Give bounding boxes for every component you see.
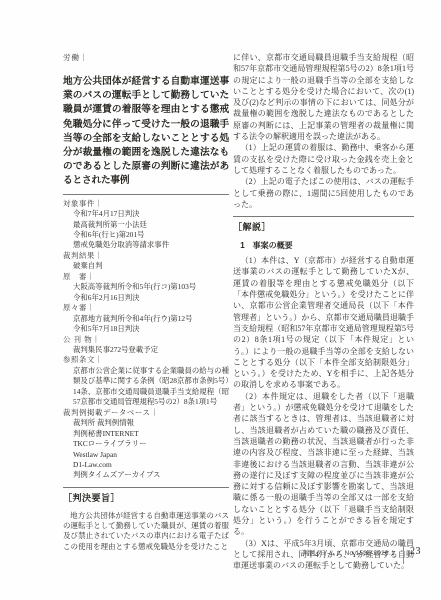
meta-value: 令和6年(行ヒ)第201号 [73, 230, 229, 240]
meta-value: 令和7年4月17日判決 [73, 209, 229, 219]
meta-group-prior-instance: 原 審｜ 大阪高等裁判所令和5年(行コ)第103号 令和6年2月16日判決 [63, 272, 229, 303]
summary-point-2: （2）上記の電子たばこの使用は、バスの運転手として乗務の際に、1週間に5回使用し… [233, 176, 414, 210]
case-metadata-list: 対象事件｜ 令和7年4月17日判決 最高裁判所第一小法廷 令和6年(行ヒ)第20… [63, 199, 229, 481]
meta-label: 裁判例掲載データベース｜ [63, 408, 229, 418]
journal-page: 労働｜ 地方公共団体が経営する自動車運送事業のバスの運転手として勤務していた職員… [0, 0, 441, 600]
commentary-paragraph: （1）本件は、Y（京都市）が経営する自動車運送事業のバスの運転手として勤務してい… [233, 255, 414, 391]
meta-value: 判例タイムズアーカイブス [73, 470, 229, 480]
meta-group-first-instance: 原々審｜ 京都地方裁判所令和4年(行ウ)第12号 令和5年7月18日判決 [63, 303, 229, 334]
summary-divider-rule [63, 487, 229, 488]
summary-lead-paragraph: 地方公共団体が経営する自動車運送事業のバスの運転手として勤務していた職員が、運賃… [63, 511, 229, 552]
meta-label: 公 刊 物｜ [63, 335, 229, 345]
page-number: 23 [410, 545, 421, 557]
meta-value: 京都市公営企業に従事する企業職員の給与の種類及び基準に関する条例（昭28京都市条… [73, 366, 229, 408]
meta-group-target-case: 対象事件｜ 令和7年4月17日判決 最高裁判所第一小法廷 令和6年(行ヒ)第20… [63, 199, 229, 251]
right-column: に伴い、京都市交通局職員退職手当支給規程（昭和57年京都市交通局管理規程第5号の… [233, 52, 414, 571]
page-footer: 判例タイムズ No.1538 2026.1 23 [302, 545, 421, 564]
footer-divider [403, 545, 404, 564]
commentary-paragraph: （2）本件規定は、退職をした者（以下「退職者」という。）が懲戒免職処分を受けて退… [233, 391, 414, 538]
meta-value: 京都地方裁判所令和4年(行ウ)第12号 [73, 314, 229, 324]
summary-continuation-paragraph: に伴い、京都市交通局職員退職手当支給規程（昭和57年京都市交通局管理規程第5号の… [233, 52, 414, 142]
left-column: 労働｜ 地方公共団体が経営する自動車運送事業のバスの運転手として勤務していた職員… [63, 52, 229, 552]
meta-value: D1-Law.com [73, 460, 229, 470]
case-title: 地方公共団体が経営する自動車運送事業のバスの運転手として勤務していた職員が運賃の… [63, 75, 229, 189]
meta-value: 判例秘書INTERNET [73, 429, 229, 439]
commentary-divider-rule [233, 216, 414, 217]
meta-value: 大阪高等裁判所令和5年(行コ)第103号 [73, 282, 229, 292]
meta-group-publication: 公 刊 物｜ 裁判集民事272号登載予定 [63, 335, 229, 356]
meta-label: 裁判結果｜ [63, 251, 229, 261]
category-label: 労働｜ [63, 52, 229, 63]
meta-label: 参照条文｜ [63, 355, 229, 365]
meta-value: 令和5年7月18日判決 [73, 324, 229, 334]
meta-value: 令和6年2月16日判決 [73, 293, 229, 303]
meta-label: 原々審｜ [63, 303, 229, 313]
meta-value: TKCローライブラリー [73, 439, 229, 449]
meta-label: 原 審｜ [63, 272, 229, 282]
journal-issue-label: 判例タイムズ No.1538 2026.1 [302, 545, 395, 557]
meta-group-result: 裁判結果｜ 破棄自判 [63, 251, 229, 272]
commentary-heading: ［解説］ [233, 220, 414, 233]
summary-point-1: （1）上記の運賃の着服は、勤務中、乗客から運賃の支払を受けた際に受け取った金銭を… [233, 142, 414, 176]
meta-value: Westlaw Japan [73, 450, 229, 460]
meta-value: 破棄自判 [73, 261, 229, 271]
commentary-section-1-title: 1 事案の概要 [233, 240, 414, 251]
title-divider-rule [63, 194, 229, 195]
meta-value: 最高裁判所第一小法廷 [73, 220, 229, 230]
meta-group-databases: 裁判例掲載データベース｜ 裁判所 裁判例情報 判例秘書INTERNET TKCロ… [63, 408, 229, 481]
summary-heading: ［判決要旨］ [63, 491, 229, 504]
meta-value: 裁判所 裁判例情報 [73, 418, 229, 428]
meta-group-referenced-statutes: 参照条文｜ 京都市公営企業に従事する企業職員の給与の種類及び基準に関する条例（昭… [63, 355, 229, 407]
meta-value: 裁判集民事272号登載予定 [73, 345, 229, 355]
meta-label: 対象事件｜ [63, 199, 229, 209]
meta-value: 懲戒免職処分取消等請求事件 [73, 240, 229, 250]
